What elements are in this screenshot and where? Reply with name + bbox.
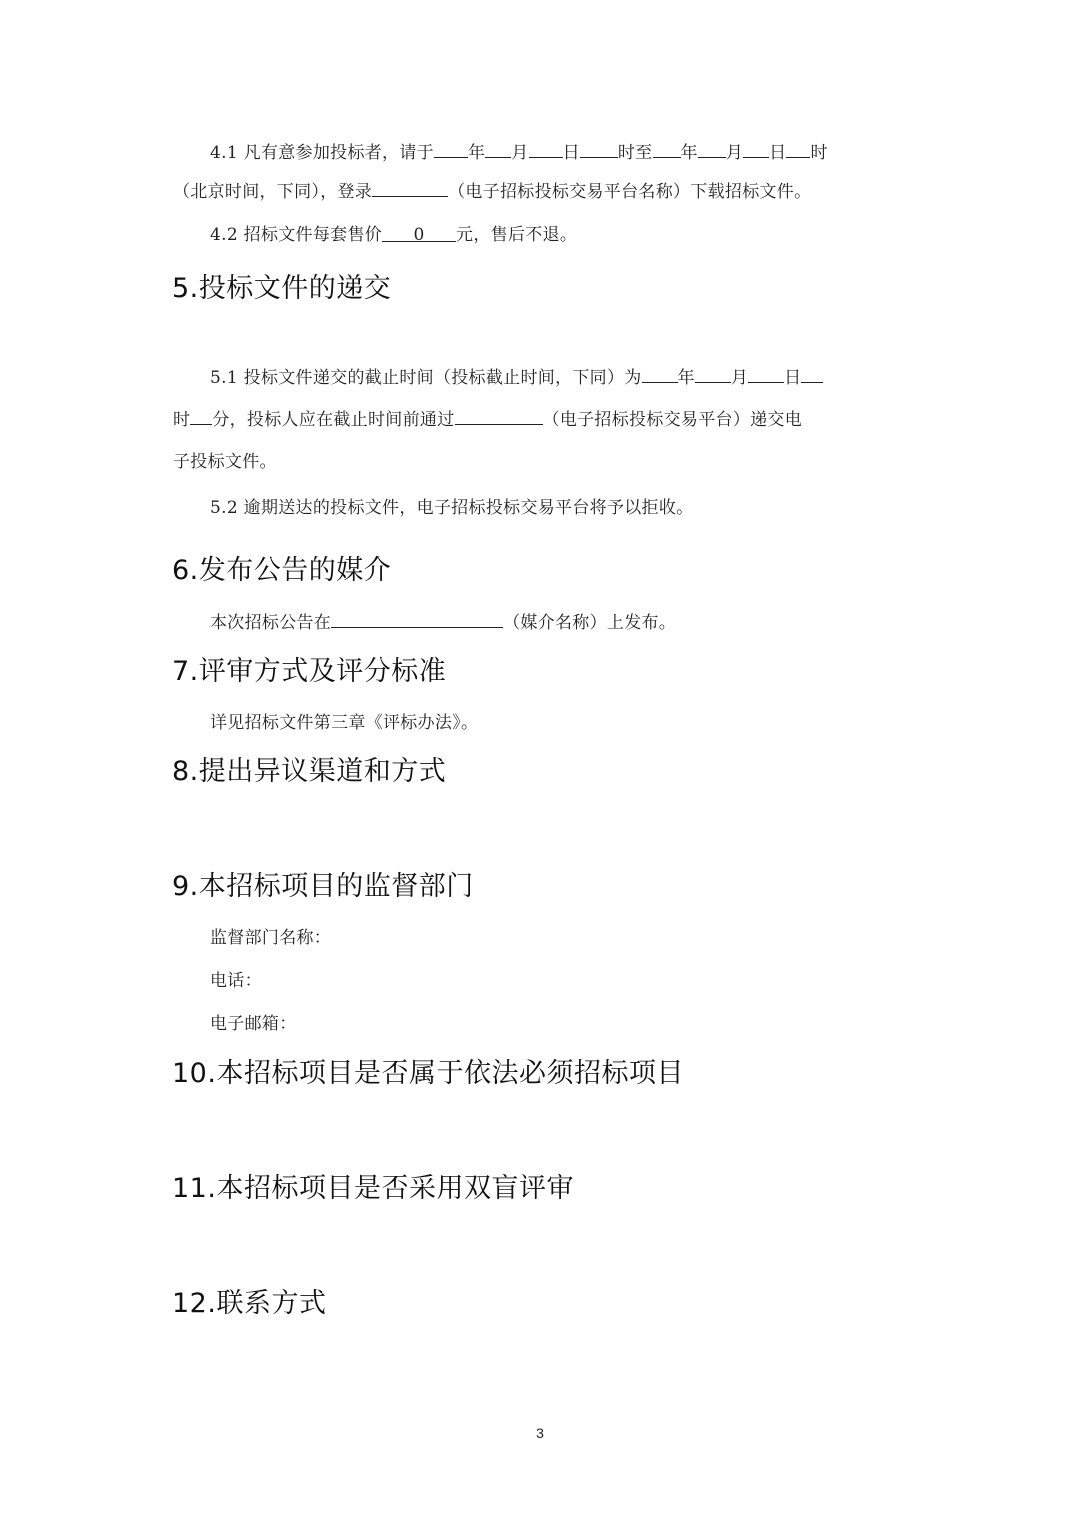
heading-section-10: 10.本招标项目是否属于依法必须招标项目 <box>172 1057 684 1091</box>
blank-year <box>642 364 678 383</box>
paragraph-7: 详见招标文件第三章《评标办法》。 <box>210 711 935 735</box>
supervisor-dept-label: 监督部门名称： <box>210 926 935 950</box>
blank-month-end <box>698 139 726 158</box>
heading-section-7: 7.评审方式及评分标准 <box>172 655 446 689</box>
blank-platform-name <box>372 178 448 197</box>
blank-day-end <box>743 139 769 158</box>
blank-minute <box>190 406 212 425</box>
p6-prefix: 本次招标公告在 <box>210 613 331 633</box>
label-hour: 时 <box>173 410 190 430</box>
heading-section-12: 12.联系方式 <box>172 1287 326 1321</box>
blank-media-name <box>331 609 503 628</box>
label-year: 年 <box>681 143 698 163</box>
label-hour-to: 时至 <box>618 143 653 163</box>
blank-month-start <box>485 139 511 158</box>
label-month: 月 <box>731 368 748 388</box>
paragraph-5-1: 5.1 投标文件递交的截止时间（投标截止时间，下同）为年月日 <box>210 364 935 390</box>
supervisor-email-label: 电子邮箱： <box>210 1012 935 1036</box>
paragraph-5-2: 5.2 逾期送达的投标文件，电子招标投标交易平台将予以拒收。 <box>210 496 935 520</box>
p41-line2-a: （北京时间，下同），登录 <box>173 182 372 202</box>
blank-year-start <box>434 139 468 158</box>
price-value: 0 <box>382 223 456 242</box>
paragraph-5-1-cont: 时分，投标人应在截止时间前通过（电子招标投标交易平台）递交电 <box>173 406 898 432</box>
blank-year-end <box>653 139 681 158</box>
blank-platform <box>455 406 543 425</box>
p51-line2-c: （电子招标投标交易平台）递交电 <box>543 410 803 430</box>
paragraph-4-2: 4.2 招标文件每套售价0元，售后不退。 <box>210 223 935 247</box>
blank-hour-end <box>786 139 810 158</box>
heading-section-11: 11.本招标项目是否采用双盲评审 <box>172 1172 574 1206</box>
document-page: 4.1 凡有意参加投标者，请于年月日时至年月日时 （北京时间，下同），登录（电子… <box>0 0 1080 1527</box>
heading-section-9: 9.本招标项目的监督部门 <box>172 870 474 904</box>
p51-prefix: 5.1 投标文件递交的截止时间（投标截止时间，下同）为 <box>210 368 642 388</box>
heading-section-5: 5.投标文件的递交 <box>172 272 391 306</box>
p42-prefix: 4.2 招标文件每套售价 <box>210 225 382 245</box>
p51-line2-b: 分，投标人应在截止时间前通过 <box>212 410 454 430</box>
p41-line2-b: （电子招标投标交易平台名称）下载招标文件。 <box>448 182 811 202</box>
blank-month <box>695 364 731 383</box>
label-month: 月 <box>726 143 743 163</box>
label-day: 日 <box>563 143 580 163</box>
label-day: 日 <box>784 368 801 388</box>
label-year: 年 <box>468 143 485 163</box>
heading-section-6: 6.发布公告的媒介 <box>172 554 391 588</box>
paragraph-5-1-end: 子投标文件。 <box>173 450 898 474</box>
supervisor-phone-label: 电话： <box>210 969 935 993</box>
p6-suffix: （媒介名称）上发布。 <box>503 613 676 633</box>
paragraph-4-1: 4.1 凡有意参加投标者，请于年月日时至年月日时 <box>210 139 935 165</box>
p42-suffix: 元，售后不退。 <box>456 225 577 245</box>
paragraph-4-1-cont: （北京时间，下同），登录（电子招标投标交易平台名称）下载招标文件。 <box>173 178 898 204</box>
blank-day-start <box>529 139 563 158</box>
paragraph-6: 本次招标公告在（媒介名称）上发布。 <box>210 609 935 635</box>
blank-day <box>748 364 784 383</box>
heading-section-8: 8.提出异议渠道和方式 <box>172 755 446 789</box>
label-year: 年 <box>678 368 695 388</box>
label-hour: 时 <box>810 143 827 163</box>
blank-hour-start <box>580 139 618 158</box>
p41-prefix: 4.1 凡有意参加投标者，请于 <box>210 143 434 163</box>
page-number: 3 <box>0 1425 1080 1441</box>
blank-hour <box>801 364 823 383</box>
label-month: 月 <box>511 143 528 163</box>
label-day: 日 <box>769 143 786 163</box>
